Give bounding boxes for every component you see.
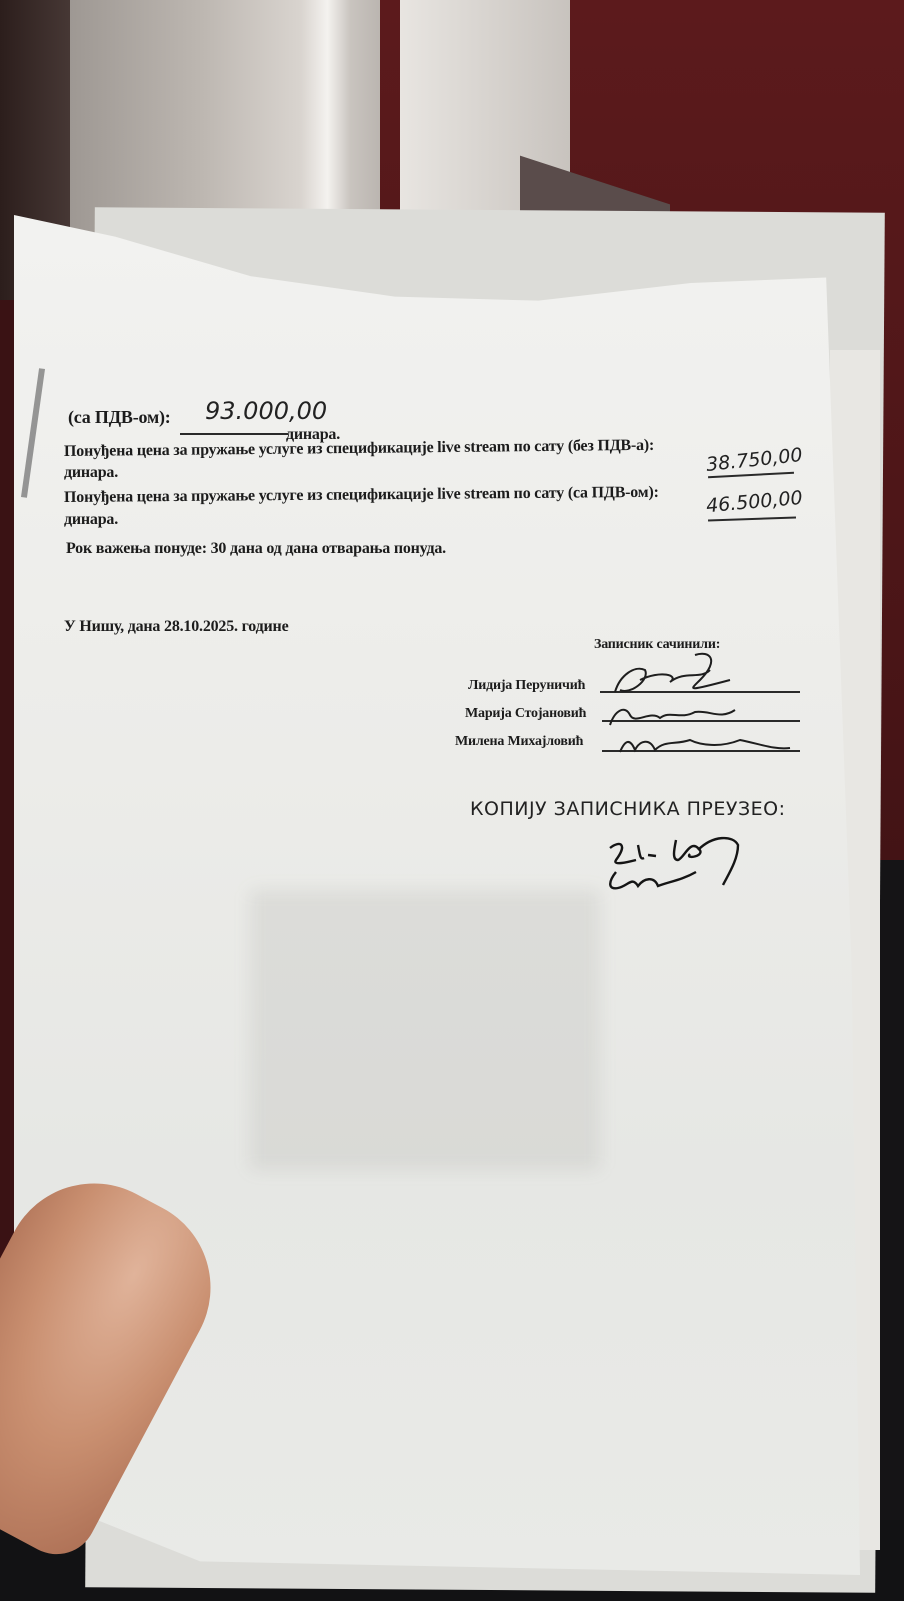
offer-validity: Рок важења понуде: 30 дана од дана отвар… [66,540,446,558]
underline [180,433,288,435]
handwritten-signatures [600,640,800,760]
offer-price-incl-vat-suffix: динара. [64,511,118,529]
shadow-on-paper [250,890,600,1170]
vat-incl-value-handwritten: 93.000,00 [205,397,327,425]
signatory-name: Марија Стојановић [465,706,586,722]
recipient-signature [598,830,788,910]
signatory-name: Милена Михајловић [455,734,583,750]
signatory-name: Лидија Перуничић [468,678,585,694]
copy-received-note-handwritten: КОПИЈУ ЗАПИСНИКА ПРЕУЗЕО: [470,798,786,820]
place-date: У Нишу, дана 28.10.2025. године [64,618,288,636]
vat-incl-label: (са ПДВ-ом): [68,407,171,428]
offer-price-excl-vat-suffix: динара. [64,464,118,482]
